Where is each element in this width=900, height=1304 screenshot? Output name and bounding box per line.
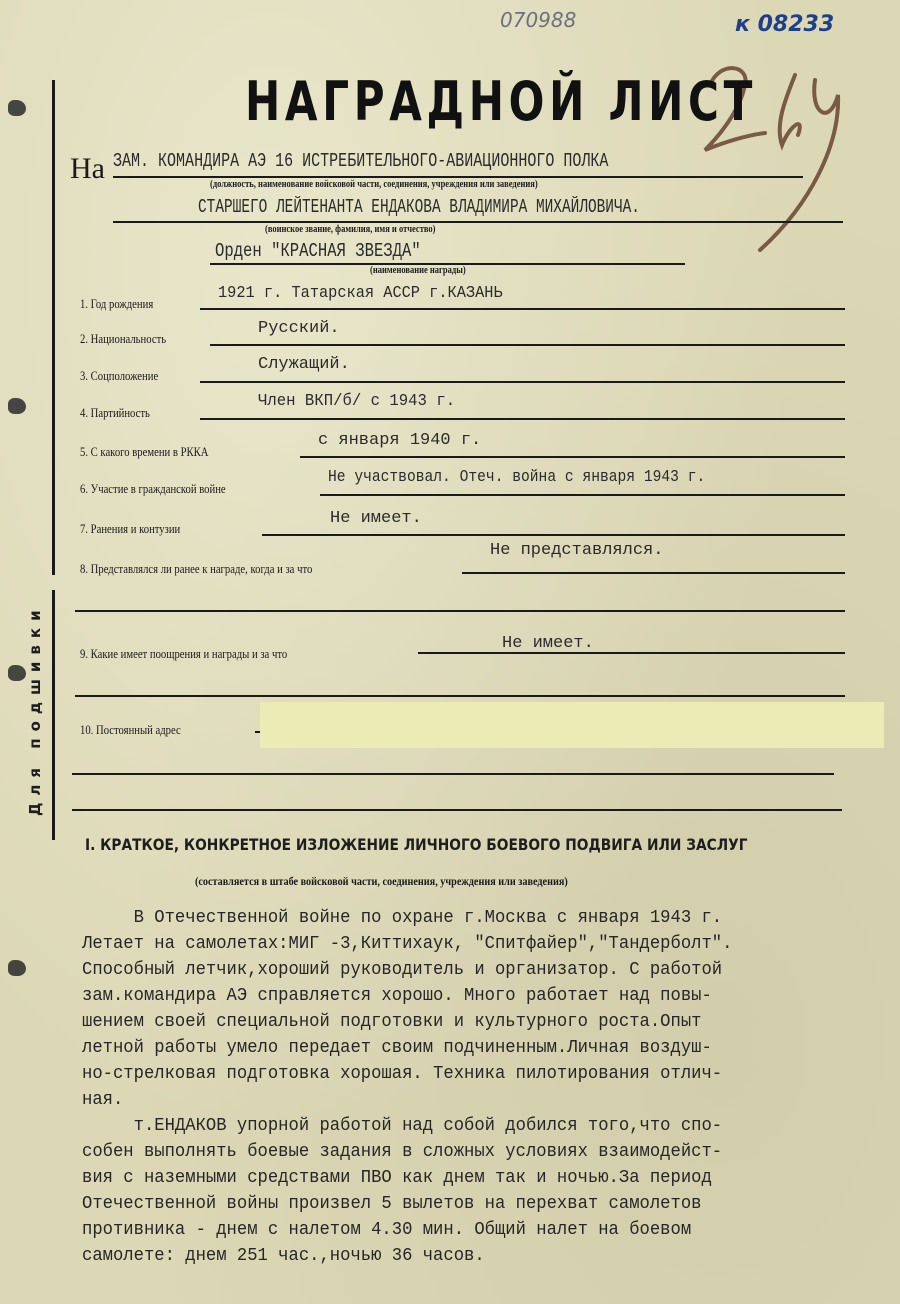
merit-text-line: летной работы умело передает своим подчи…: [82, 1035, 826, 1061]
binding-hole-icon: [8, 398, 26, 414]
field-underline: [72, 809, 842, 811]
merit-text-line: ная.: [82, 1087, 826, 1113]
field-underline: [75, 695, 845, 697]
document-title: НАГРАДНОЙ ЛИСТ: [245, 70, 588, 133]
merit-text-line: но-стрелковая подготовка хорошая. Техник…: [82, 1061, 826, 1087]
field-value-awards: Не имеет.: [502, 634, 594, 653]
field-value-party: Член ВКП/б/ с 1943 г.: [258, 392, 455, 411]
merit-text-line: Способный летчик,хороший руководитель и …: [82, 957, 826, 983]
margin-rule-top: [52, 80, 55, 575]
field-label-prev-award: 8. Представлялся ли ранее к награде, ког…: [80, 561, 312, 577]
binding-hole-icon: [8, 665, 26, 681]
field-label-social: 3. Соцположение: [80, 368, 158, 384]
field-value-civil-war: Не участвовал. Отеч. война с января 1943…: [328, 468, 705, 487]
merit-text-line: вия с наземными средствами ПВО как днем …: [82, 1165, 826, 1191]
award-value: Орден "КРАСНАЯ ЗВЕЗДА": [215, 240, 421, 262]
merit-text-line: Отечественной войны произвел 5 вылетов н…: [82, 1191, 826, 1217]
redacted-address: [260, 702, 884, 748]
award-caption: (наименование награды): [370, 265, 466, 276]
na-prefix: На: [70, 152, 105, 186]
field-value-prev-award: Не представлялся.: [490, 541, 663, 560]
merit-text-line: самолете: днем 251 час.,ночью 36 часов.: [82, 1243, 826, 1269]
field-value-rkka: с января 1940 г.: [318, 431, 481, 450]
field-label-civil-war: 6. Участие в гражданской войне: [80, 481, 226, 497]
section-heading: I. КРАТКОЕ, КОНКРЕТНОЕ ИЗЛОЖЕНИЕ ЛИЧНОГО…: [85, 835, 748, 854]
rank-name-underline: [113, 221, 843, 223]
field-underline: [75, 610, 845, 612]
rank-name-caption: (воинское звание, фамилия, имя и отчеств…: [265, 224, 436, 235]
binding-hole-icon: [8, 960, 26, 976]
merit-text-line: собен выполнять боевые задания в сложных…: [82, 1139, 826, 1165]
position-caption: (должность, наименование войсковой части…: [210, 179, 538, 190]
field-underline: [200, 381, 845, 383]
margin-label: Для подшивки: [26, 590, 46, 830]
field-label-wounds: 7. Ранения и контузии: [80, 521, 180, 537]
field-underline: [210, 344, 845, 346]
field-underline: [300, 456, 845, 458]
field-label-nationality: 2. Национальность: [80, 331, 166, 347]
section-subheading: (составляется в штабе войсковой части, с…: [195, 874, 568, 889]
rank-name-value: СТАРШЕГО ЛЕЙТЕНАНТА ЕНДАКОВА ВЛАДИМИРА М…: [198, 196, 640, 218]
field-label-party: 4. Партийность: [80, 405, 150, 421]
field-label-address: 10. Постоянный адрес: [80, 722, 181, 738]
field-value-nationality: Русский.: [258, 319, 340, 338]
field-label-awards: 9. Какие имеет поощрения и награды и за …: [80, 646, 287, 662]
merit-text-line: противника - днем с налетом 4.30 мин. Об…: [82, 1217, 826, 1243]
merit-text-line: шением своей специальной подготовки и ку…: [82, 1009, 826, 1035]
merit-description: В Отечественной войне по охране г.Москва…: [82, 905, 882, 1269]
field-underline: [462, 572, 845, 574]
field-underline: [72, 773, 834, 775]
merit-text-line: т.ЕНДАКОВ упорной работой над собой доби…: [82, 1113, 826, 1139]
merit-text-line: зам.командира АЭ справляется хорошо. Мно…: [82, 983, 826, 1009]
field-underline: [200, 418, 845, 420]
registry-number: к 08233: [735, 12, 834, 37]
field-label-rkka: 5. С какого времени в РККА: [80, 444, 208, 460]
margin-rule-bottom: [52, 590, 55, 840]
field-underline: [262, 534, 845, 536]
merit-text-line: В Отечественной войне по охране г.Москва…: [82, 905, 826, 931]
binding-hole-icon: [8, 100, 26, 116]
field-underline: [418, 652, 845, 654]
position-value: ЗАМ. КОМАНДИРА АЭ 16 ИСТРЕБИТЕЛЬНОГО-АВИ…: [113, 150, 608, 172]
field-value-social: Служащий.: [258, 355, 350, 374]
merit-text-line: Летает на самолетах:МИГ -3,Киттихаук, "С…: [82, 931, 826, 957]
field-value-wounds: Не имеет.: [330, 509, 422, 528]
field-underline: [200, 308, 845, 310]
archive-number: 070988: [500, 8, 576, 32]
field-value-birth: 1921 г. Татарская АССР г.КАЗАНЬ: [218, 284, 503, 303]
field-underline: [320, 494, 845, 496]
field-label-birth: 1. Год рождения: [80, 296, 153, 312]
position-underline: [113, 176, 803, 178]
